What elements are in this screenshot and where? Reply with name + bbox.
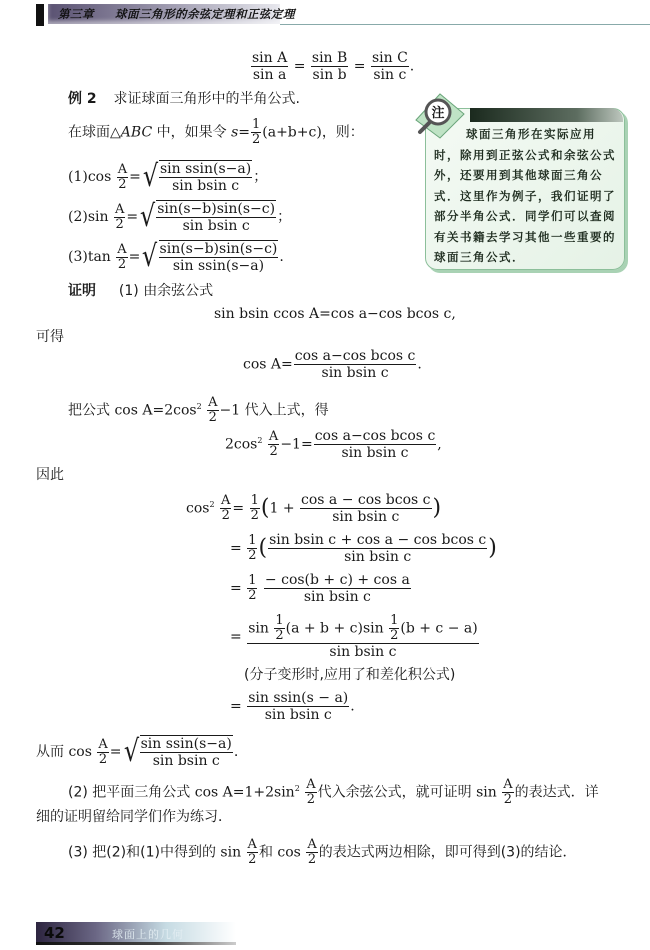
sqrt-icon: √ — [123, 737, 138, 767]
note-header-band — [470, 108, 623, 122]
step-2-line-2: 细的证明留给同学们作为练习． — [36, 808, 232, 826]
cosine-law: sin bsin ccos A=cos a−cos bcos c, — [214, 305, 456, 323]
step-3-text: (3) 把(2)和(1)中得到的 sin A2和 cos A2的表达式两边相除，… — [68, 838, 577, 867]
derivation-remark: (分子变形时,应用了和差化积公式) — [244, 666, 455, 684]
substitution-text: 把公式 cos A=2cos2 A2−1 代入上式，得 — [68, 396, 329, 425]
book-title: 球面上的几何 — [112, 926, 184, 942]
proof-heading: 证明 (1) 由余弦公式 — [68, 282, 213, 300]
header-rule — [280, 24, 650, 25]
example-intro: 在球面△ABC 中，如果令 s=12(a+b+c)，则： — [68, 118, 364, 147]
sqrt-icon: √ — [140, 202, 155, 232]
chapter-number: 第三章 — [58, 7, 94, 21]
formula-2: (2)sin A2=√sin(s−b)sin(s−c)sin bsin c； — [68, 200, 291, 234]
conclusion-formula: 从而 cos A2=√sin ssin(s−a)sin bsin c. — [36, 735, 238, 769]
then-text: 可得 — [36, 328, 64, 346]
footer-rule — [36, 942, 236, 945]
note-text: 球面三角形在实际应用时，除用到正弦公式和余弦公式外，还要用到其他球面三角公式．这… — [434, 124, 620, 268]
formula-1: (1)cos A2=√sin ssin(s−a)sin bsin c； — [68, 160, 267, 194]
proof-label: 证明 — [68, 283, 96, 299]
svg-text:注: 注 — [431, 105, 444, 121]
step-2-text: (2) 把平面三角公式 cos A=1+2sin2 A2代入余弦公式，就可证明 … — [68, 778, 599, 807]
cosA-formula: cos A=cos a−cos bcos csin bsin c. — [243, 348, 422, 381]
derivation-step-1: cos2 A2= 12(1 + cos a − cos bcos csin bs… — [186, 492, 441, 525]
sqrt-icon: √ — [143, 162, 158, 192]
double-angle-eq: 2cos2 A2−1=cos a−cos bcos csin bsin c, — [225, 428, 442, 461]
example-heading: 例 2 求证球面三角形中的半角公式. — [68, 90, 300, 108]
chapter-header: 第三章 球面三角形的余弦定理和正弦定理 — [58, 6, 295, 22]
derivation-step-2: = 12(sin bsin c + cos a − cos bcos csin … — [230, 532, 497, 565]
sqrt-icon: √ — [142, 242, 157, 272]
derivation-step-3: = 12 − cos(b + c) + cos asin bsin c — [230, 572, 412, 605]
formula-3: (3)tan A2=√sin(s−b)sin(s−c)sin ssin(s−a)… — [68, 240, 284, 274]
chapter-title: 球面三角形的余弦定理和正弦定理 — [115, 7, 295, 21]
header-marker — [36, 4, 44, 26]
page-number: 42 — [44, 924, 65, 942]
derivation-step-4: = sin 12(a + b + c)sin 12(b + c − a) sin… — [230, 614, 480, 660]
derivation-step-5: = sin ssin(s − a)sin bsin c. — [230, 690, 355, 723]
example-label: 例 2 — [68, 91, 97, 107]
sine-law-formula: sin Asin a = sin Bsin b = sin Csin c. — [250, 50, 414, 83]
therefore-text: 因此 — [36, 466, 64, 484]
example-statement: 求证球面三角形中的半角公式. — [114, 91, 300, 107]
